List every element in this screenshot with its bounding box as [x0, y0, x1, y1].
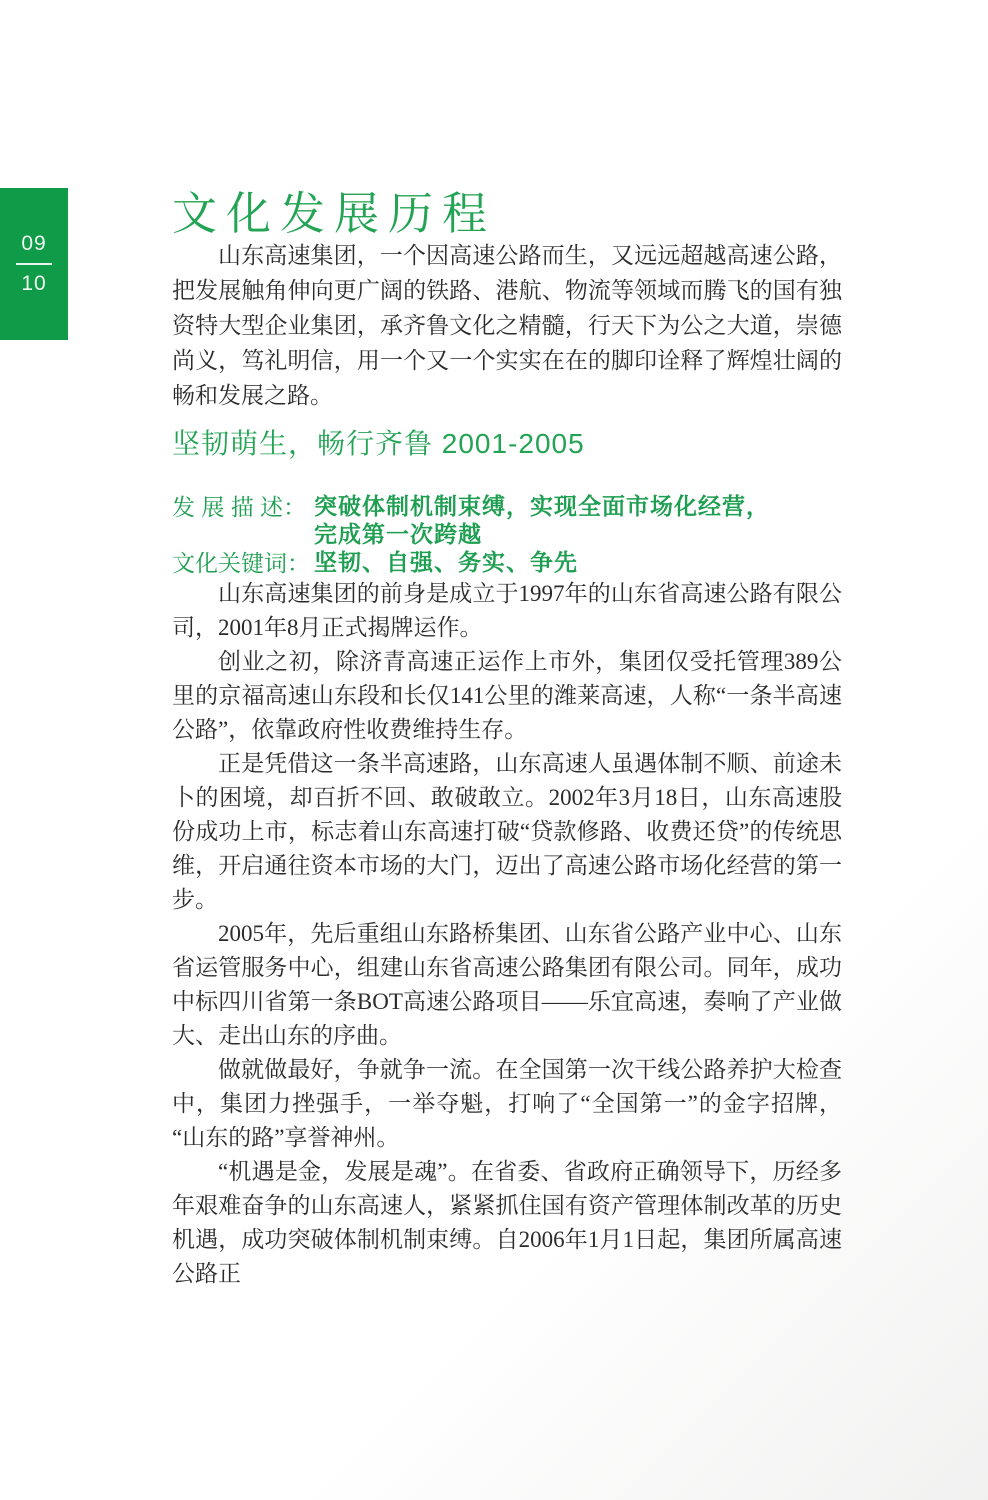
page-number-divider — [16, 263, 52, 265]
page-number-top: 09 — [21, 232, 46, 256]
document-page: 09 10 文化发展历程 山东高速集团，一个因高速公路而生，又远远超越高速公路，… — [0, 0, 988, 1500]
body-paragraph: 2005年，先后重组山东路桥集团、山东省公路产业中心、山东省运管服务中心，组建山… — [172, 917, 842, 1053]
section-meta: 发 展 描 述： 突破体制机制束缚，实现全面市场化经营， 完成第一次跨越 文化关… — [172, 493, 842, 577]
body-paragraph: 创业之初，除济青高速正运作上市外，集团仅受托管理389公里的京福高速山东段和长仅… — [172, 645, 842, 747]
keywords-value: 坚韧、自强、务实、争先 — [314, 549, 578, 577]
body-paragraph: “机遇是金，发展是魂”。在省委、省政府正确领导下，历经多年艰难奋争的山东高速人，… — [172, 1155, 842, 1291]
development-value: 突破体制机制束缚，实现全面市场化经营， 完成第一次跨越 — [314, 493, 770, 549]
keywords-row: 文化关键词： 坚韧、自强、务实、争先 — [172, 549, 842, 577]
body-paragraph: 山东高速集团的前身是成立于1997年的山东省高速公路有限公司，2001年8月正式… — [172, 577, 842, 645]
body-paragraph: 做就做最好，争就争一流。在全国第一次干线公路养护大检查中，集团力挫强手，一举夺魁… — [172, 1053, 842, 1155]
intro-paragraph: 山东高速集团，一个因高速公路而生，又远远超越高速公路，把发展触角伸向更广阔的铁路… — [172, 238, 842, 413]
keywords-label: 文化关键词： — [172, 549, 314, 577]
page-title: 文化发展历程 — [172, 190, 842, 238]
body-paragraph: 正是凭借这一条半高速路，山东高速人虽遇体制不顺、前途未卜的困境，却百折不回、敢破… — [172, 747, 842, 917]
development-label: 发 展 描 述： — [172, 493, 314, 521]
page-number-tab: 09 10 — [0, 188, 68, 340]
page-number-bottom: 10 — [21, 272, 46, 296]
section-heading: 坚韧萌生，畅行齐鲁 2001-2005 — [172, 428, 842, 460]
page-content: 文化发展历程 山东高速集团，一个因高速公路而生，又远远超越高速公路，把发展触角伸… — [172, 190, 842, 1291]
development-row: 发 展 描 述： 突破体制机制束缚，实现全面市场化经营， 完成第一次跨越 — [172, 493, 842, 549]
